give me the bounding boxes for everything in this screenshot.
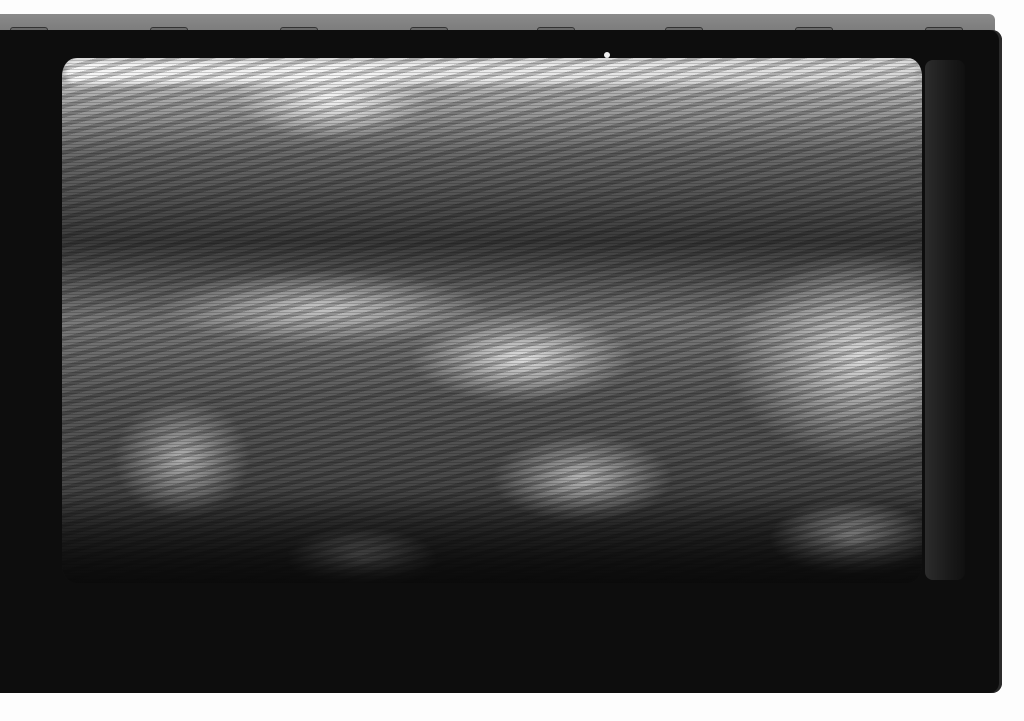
tv-bezel-right	[925, 60, 965, 580]
screen-bottom-shadow	[62, 493, 922, 583]
tv-screen	[62, 58, 922, 583]
indicator-dot	[604, 52, 610, 58]
